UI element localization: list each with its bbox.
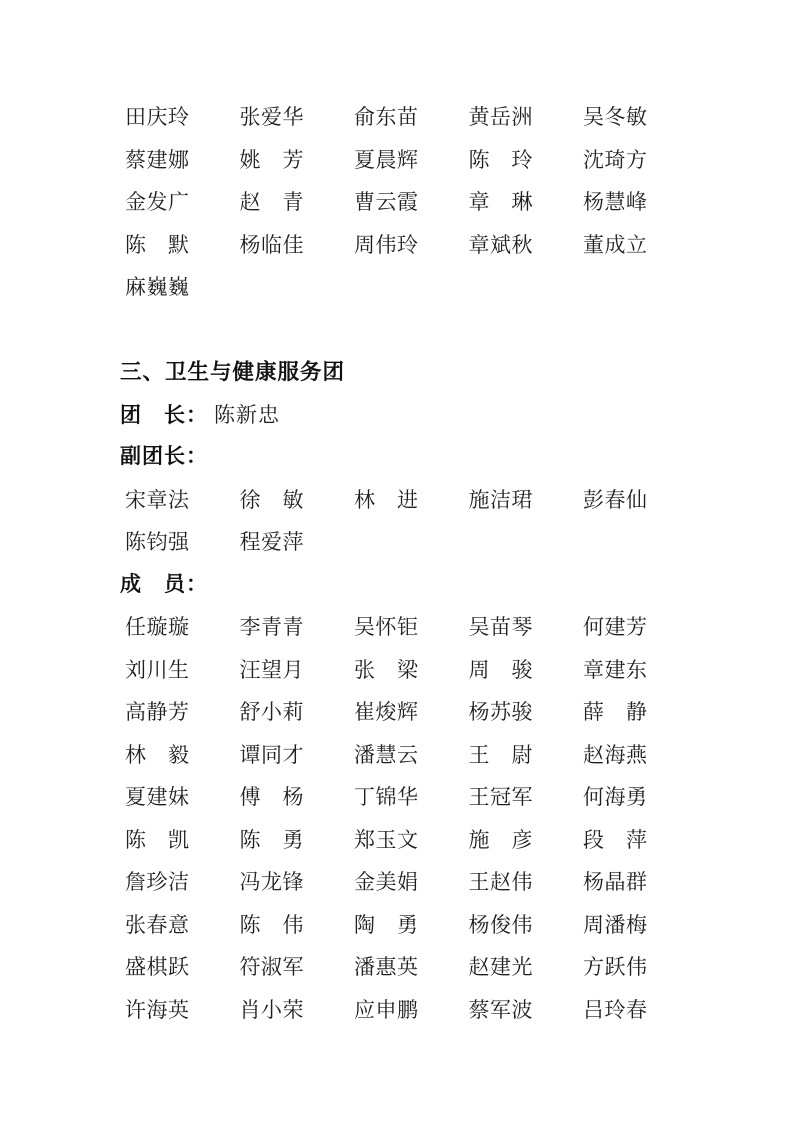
person-name: 盛棋跃	[125, 946, 240, 989]
person-name: 施洁珺	[469, 479, 584, 522]
person-name: 李青青	[240, 606, 355, 649]
person-name: 张春意	[125, 904, 240, 947]
person-name: 杨俊伟	[469, 904, 584, 947]
name-row: 陈 凯陈 勇郑玉文施 彦段 萍	[125, 819, 733, 862]
person-name: 傅 杨	[240, 776, 355, 819]
person-name: 杨慧峰	[583, 181, 698, 224]
person-name: 崔焌辉	[354, 691, 469, 734]
person-name: 舒小莉	[240, 691, 355, 734]
leader-name: 陈新忠	[214, 403, 280, 427]
members-label: 成 员：	[120, 564, 733, 607]
person-name: 林 毅	[125, 734, 240, 777]
person-name: 周潘梅	[583, 904, 698, 947]
person-name: 汪望月	[240, 649, 355, 692]
person-name: 宋章法	[125, 479, 240, 522]
name-row: 詹珍洁冯龙锋金美娟王赵伟杨晶群	[125, 861, 733, 904]
person-name: 段 萍	[583, 819, 698, 862]
person-name: 周 骏	[469, 649, 584, 692]
person-name: 高静芳	[125, 691, 240, 734]
person-name: 徐 敏	[240, 479, 355, 522]
page-content: 田庆玲张爱华俞东苗黄岳洲吴冬敏蔡建娜姚 芳夏晨辉陈 玲沈琦方金发广赵 青曹云霞章…	[120, 96, 733, 1031]
person-name: 麻巍巍	[125, 266, 240, 309]
person-name: 赵建光	[469, 946, 584, 989]
name-row: 张春意陈 伟陶 勇杨俊伟周潘梅	[125, 904, 733, 947]
person-name: 夏建妹	[125, 776, 240, 819]
name-row: 盛棋跃符淑军潘惠英赵建光方跃伟	[125, 946, 733, 989]
name-row: 蔡建娜姚 芳夏晨辉陈 玲沈琦方	[125, 139, 733, 182]
name-row: 林 毅谭同才潘慧云王 尉赵海燕	[125, 734, 733, 777]
person-name: 陈钧强	[125, 521, 240, 564]
person-name: 杨苏骏	[469, 691, 584, 734]
person-name: 吕玲春	[583, 989, 698, 1032]
person-name: 陈 玲	[469, 139, 584, 182]
person-name: 王冠军	[469, 776, 584, 819]
person-name: 何海勇	[583, 776, 698, 819]
deputy-name-grid: 宋章法徐 敏林 进施洁珺彭春仙陈钧强程爱萍	[120, 479, 733, 564]
person-name: 章 琳	[469, 181, 584, 224]
person-name: 何建芳	[583, 606, 698, 649]
person-name: 蔡军波	[469, 989, 584, 1032]
members-name-grid: 任璇璇李青青吴怀钜吴苗琴何建芳刘川生汪望月张 梁周 骏章建东高静芳舒小莉崔焌辉杨…	[120, 606, 733, 1031]
person-name: 应申鹏	[354, 989, 469, 1032]
person-name: 俞东苗	[354, 96, 469, 139]
name-row: 田庆玲张爱华俞东苗黄岳洲吴冬敏	[125, 96, 733, 139]
person-name: 章建东	[583, 649, 698, 692]
person-name: 张爱华	[240, 96, 355, 139]
person-name: 刘川生	[125, 649, 240, 692]
person-name: 曹云霞	[354, 181, 469, 224]
person-name: 潘慧云	[354, 734, 469, 777]
person-name: 施 彦	[469, 819, 584, 862]
name-row: 许海英肖小荣应申鹏蔡军波吕玲春	[125, 989, 733, 1032]
person-name: 章斌秋	[469, 224, 584, 267]
person-name: 吴怀钜	[354, 606, 469, 649]
person-name: 董成立	[583, 224, 698, 267]
person-name: 彭春仙	[583, 479, 698, 522]
person-name: 赵海燕	[583, 734, 698, 777]
name-row: 刘川生汪望月张 梁周 骏章建东	[125, 649, 733, 692]
person-name: 张 梁	[354, 649, 469, 692]
person-name: 杨晶群	[583, 861, 698, 904]
person-name: 谭同才	[240, 734, 355, 777]
person-name: 沈琦方	[583, 139, 698, 182]
person-name: 吴冬敏	[583, 96, 698, 139]
person-name: 方跃伟	[583, 946, 698, 989]
name-row: 金发广赵 青曹云霞章 琳杨慧峰	[125, 181, 733, 224]
person-name: 郑玉文	[354, 819, 469, 862]
blank-line	[120, 309, 733, 352]
person-name: 田庆玲	[125, 96, 240, 139]
person-name: 王赵伟	[469, 861, 584, 904]
person-name: 潘惠英	[354, 946, 469, 989]
person-name: 金美娟	[354, 861, 469, 904]
person-name: 陈 伟	[240, 904, 355, 947]
leader-line: 团 长：陈新忠	[120, 394, 733, 437]
name-row: 夏建妹傅 杨丁锦华王冠军何海勇	[125, 776, 733, 819]
person-name: 周伟玲	[354, 224, 469, 267]
name-row: 陈钧强程爱萍	[125, 521, 733, 564]
person-name: 肖小荣	[240, 989, 355, 1032]
person-name: 林 进	[354, 479, 469, 522]
document-page: 田庆玲张爱华俞东苗黄岳洲吴冬敏蔡建娜姚 芳夏晨辉陈 玲沈琦方金发广赵 青曹云霞章…	[0, 0, 793, 1122]
person-name: 蔡建娜	[125, 139, 240, 182]
name-row: 高静芳舒小莉崔焌辉杨苏骏薛 静	[125, 691, 733, 734]
person-name: 黄岳洲	[469, 96, 584, 139]
person-name: 薛 静	[583, 691, 698, 734]
person-name: 姚 芳	[240, 139, 355, 182]
person-name: 金发广	[125, 181, 240, 224]
person-name: 陈 勇	[240, 819, 355, 862]
person-name: 夏晨辉	[354, 139, 469, 182]
section-heading: 三、卫生与健康服务团	[120, 351, 733, 394]
name-row: 宋章法徐 敏林 进施洁珺彭春仙	[125, 479, 733, 522]
person-name: 丁锦华	[354, 776, 469, 819]
name-row: 任璇璇李青青吴怀钜吴苗琴何建芳	[125, 606, 733, 649]
person-name: 王 尉	[469, 734, 584, 777]
previous-section-name-grid: 田庆玲张爱华俞东苗黄岳洲吴冬敏蔡建娜姚 芳夏晨辉陈 玲沈琦方金发广赵 青曹云霞章…	[120, 96, 733, 309]
leader-label: 团 长：	[120, 404, 208, 427]
name-row: 麻巍巍	[125, 266, 733, 309]
person-name: 冯龙锋	[240, 861, 355, 904]
deputy-label: 副团长：	[120, 436, 733, 479]
person-name: 陈 凯	[125, 819, 240, 862]
person-name: 詹珍洁	[125, 861, 240, 904]
person-name: 符淑军	[240, 946, 355, 989]
person-name: 许海英	[125, 989, 240, 1032]
person-name: 程爱萍	[240, 521, 355, 564]
person-name: 赵 青	[240, 181, 355, 224]
person-name: 陈 默	[125, 224, 240, 267]
person-name: 任璇璇	[125, 606, 240, 649]
person-name: 吴苗琴	[469, 606, 584, 649]
person-name: 杨临佳	[240, 224, 355, 267]
name-row: 陈 默杨临佳周伟玲章斌秋董成立	[125, 224, 733, 267]
person-name: 陶 勇	[354, 904, 469, 947]
